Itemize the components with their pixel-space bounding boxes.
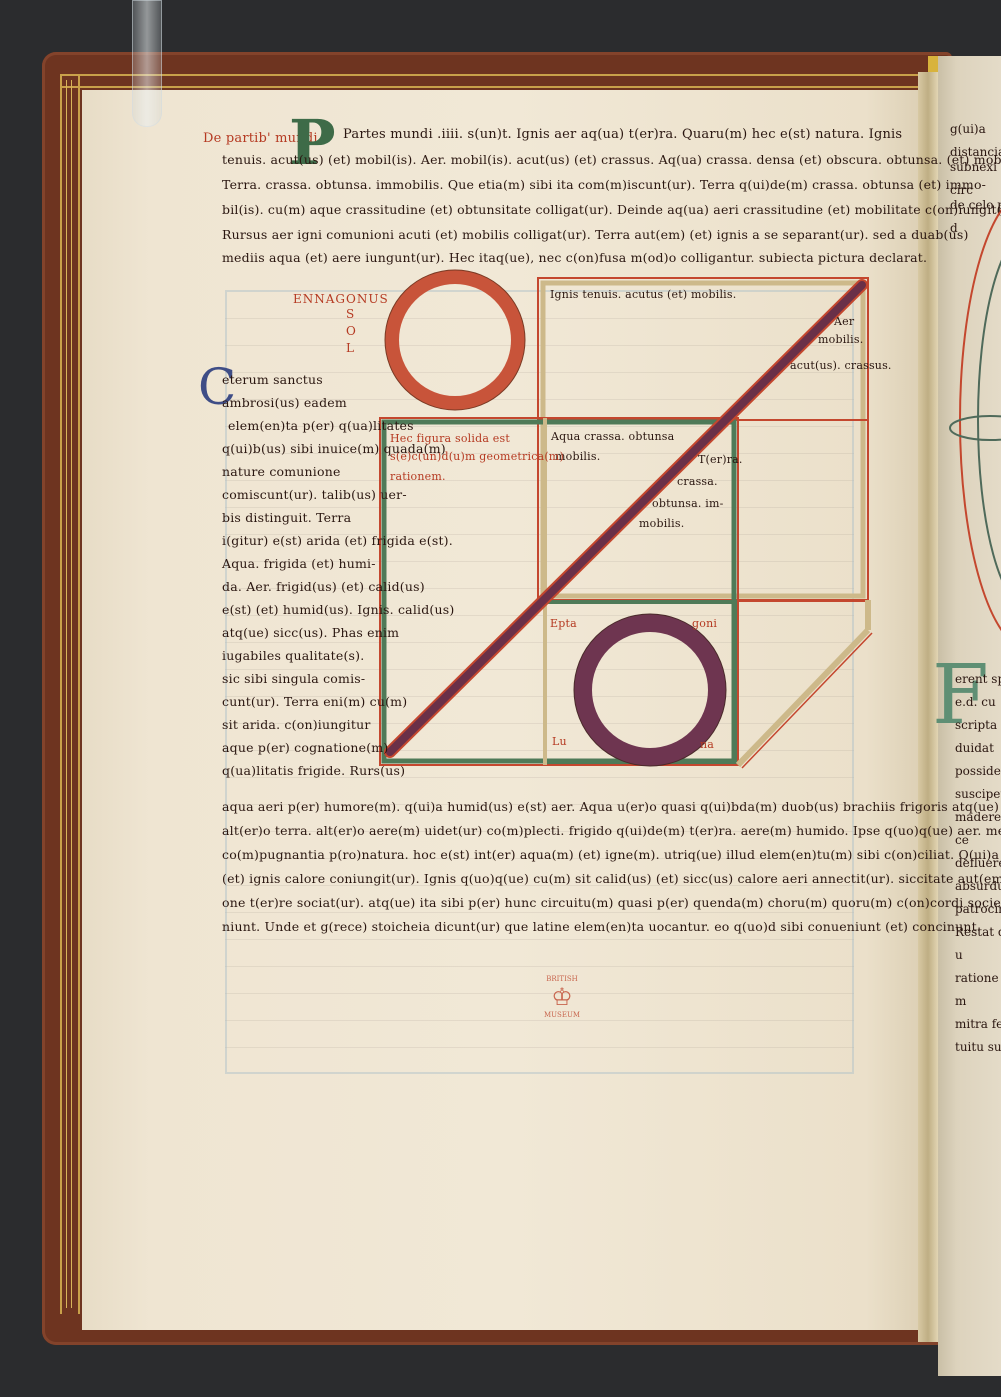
left-column-text: eterum sanctus ambrosi(us) eadem elem(en… bbox=[222, 368, 454, 782]
facing-line: suscipet. bbox=[955, 783, 1001, 806]
left-line: da. Aer. frigid(us) (et) calid(us) bbox=[222, 575, 454, 598]
facing-line: madere ce bbox=[955, 806, 1001, 852]
left-line: sic sibi singula comis- bbox=[222, 667, 454, 690]
facing-line: mitra fer bbox=[955, 1013, 1001, 1036]
left-line: e(st) (et) humid(us). Ignis. calid(us) bbox=[222, 598, 454, 621]
closing-line: alt(er)o terra. alt(er)o aere(m) uidet(u… bbox=[222, 819, 1001, 843]
elements-cube-diagram bbox=[0, 0, 1001, 1397]
closing-line: (et) ignis calore coniungit(ur). Ignis q… bbox=[222, 867, 1001, 891]
moon-label-na: na bbox=[700, 733, 714, 756]
facing-column-text: erent sp e.d. cu scripta s duidat possid… bbox=[955, 668, 1001, 1059]
facing-line: tuitu suo bbox=[955, 1036, 1001, 1059]
facing-line: duidat bbox=[955, 737, 1001, 760]
terra-label-1: T(er)ra. bbox=[698, 448, 743, 471]
facing-top-line: de celo p d bbox=[950, 194, 1001, 240]
left-line: ambrosi(us) eadem bbox=[222, 391, 454, 414]
stamp-bottom-text: MUSEUM bbox=[532, 1011, 592, 1019]
sun-label-ennagonus: ENNAGONUS bbox=[293, 288, 389, 311]
moon-label-goni: goni bbox=[692, 612, 717, 635]
crown-icon: ♔ bbox=[532, 983, 592, 1011]
ignis-label: Ignis tenuis. acutus (et) mobilis. bbox=[550, 283, 736, 306]
left-line: atq(ue) sicc(us). Phas enim bbox=[222, 621, 454, 644]
facing-line: erent sp bbox=[955, 668, 1001, 691]
closing-line: co(m)pugnantia p(ro)natura. hoc e(st) in… bbox=[222, 843, 1001, 867]
facing-top-text: g(ui)a distancia subnexi circ de celo p … bbox=[950, 118, 1001, 240]
left-line: nature comunione bbox=[222, 460, 454, 483]
left-line: cunt(ur). Terra eni(m) cu(m) bbox=[222, 690, 454, 713]
aer-label-2: mobilis. bbox=[818, 328, 863, 351]
moon-label-lu: Lu bbox=[552, 730, 567, 753]
left-line: iugabiles qualitate(s). bbox=[222, 644, 454, 667]
left-line: bis distinguit. Terra bbox=[222, 506, 454, 529]
terra-label-4: mobilis. bbox=[639, 512, 684, 535]
left-line: i(gitur) e(st) arida (et) frigida e(st). bbox=[222, 529, 454, 552]
facing-line: e.d. cu bbox=[955, 691, 1001, 714]
terra-label-2: crassa. bbox=[677, 470, 718, 493]
closing-line: one t(er)re sociat(ur). atq(ue) ita sibi… bbox=[222, 891, 1001, 915]
aer-label-3: acut(us). crassus. bbox=[790, 354, 892, 377]
facing-line: Restat q u bbox=[955, 921, 1001, 967]
british-museum-stamp: BRITISH ♔ MUSEUM bbox=[532, 975, 592, 1045]
stamp-top-text: BRITISH bbox=[532, 975, 592, 983]
left-line: q(ui)b(us) sibi inuice(m) quada(m) bbox=[222, 437, 454, 460]
facing-line: possidem bbox=[955, 760, 1001, 783]
left-line: eterum sanctus bbox=[222, 368, 454, 391]
facing-line: ratione m bbox=[955, 967, 1001, 1013]
sun-label-l: L bbox=[346, 337, 354, 360]
closing-line: niunt. Unde et g(rece) stoicheia dicunt(… bbox=[222, 915, 1001, 939]
moon-label-epta: Epta bbox=[550, 612, 577, 635]
closing-line: aqua aeri p(er) humore(m). q(ui)a humid(… bbox=[222, 795, 1001, 819]
facing-line: absurdu bbox=[955, 875, 1001, 898]
facing-line: defluere bbox=[955, 852, 1001, 875]
left-line: aque p(er) cognatione(m) bbox=[222, 736, 454, 759]
closing-paragraph: aqua aeri p(er) humore(m). q(ui)a humid(… bbox=[222, 795, 1001, 939]
left-line: sit arida. c(on)iungitur bbox=[222, 713, 454, 736]
facing-line: scripta s bbox=[955, 714, 1001, 737]
left-line: elem(en)ta p(er) q(ua)litates bbox=[222, 414, 454, 437]
left-line: comiscunt(ur). talib(us) uer- bbox=[222, 483, 454, 506]
left-line: Aqua. frigida (et) humi- bbox=[222, 552, 454, 575]
left-line: q(ua)litatis frigide. Rurs(us) bbox=[222, 759, 454, 782]
facing-line: patrocini bbox=[955, 898, 1001, 921]
